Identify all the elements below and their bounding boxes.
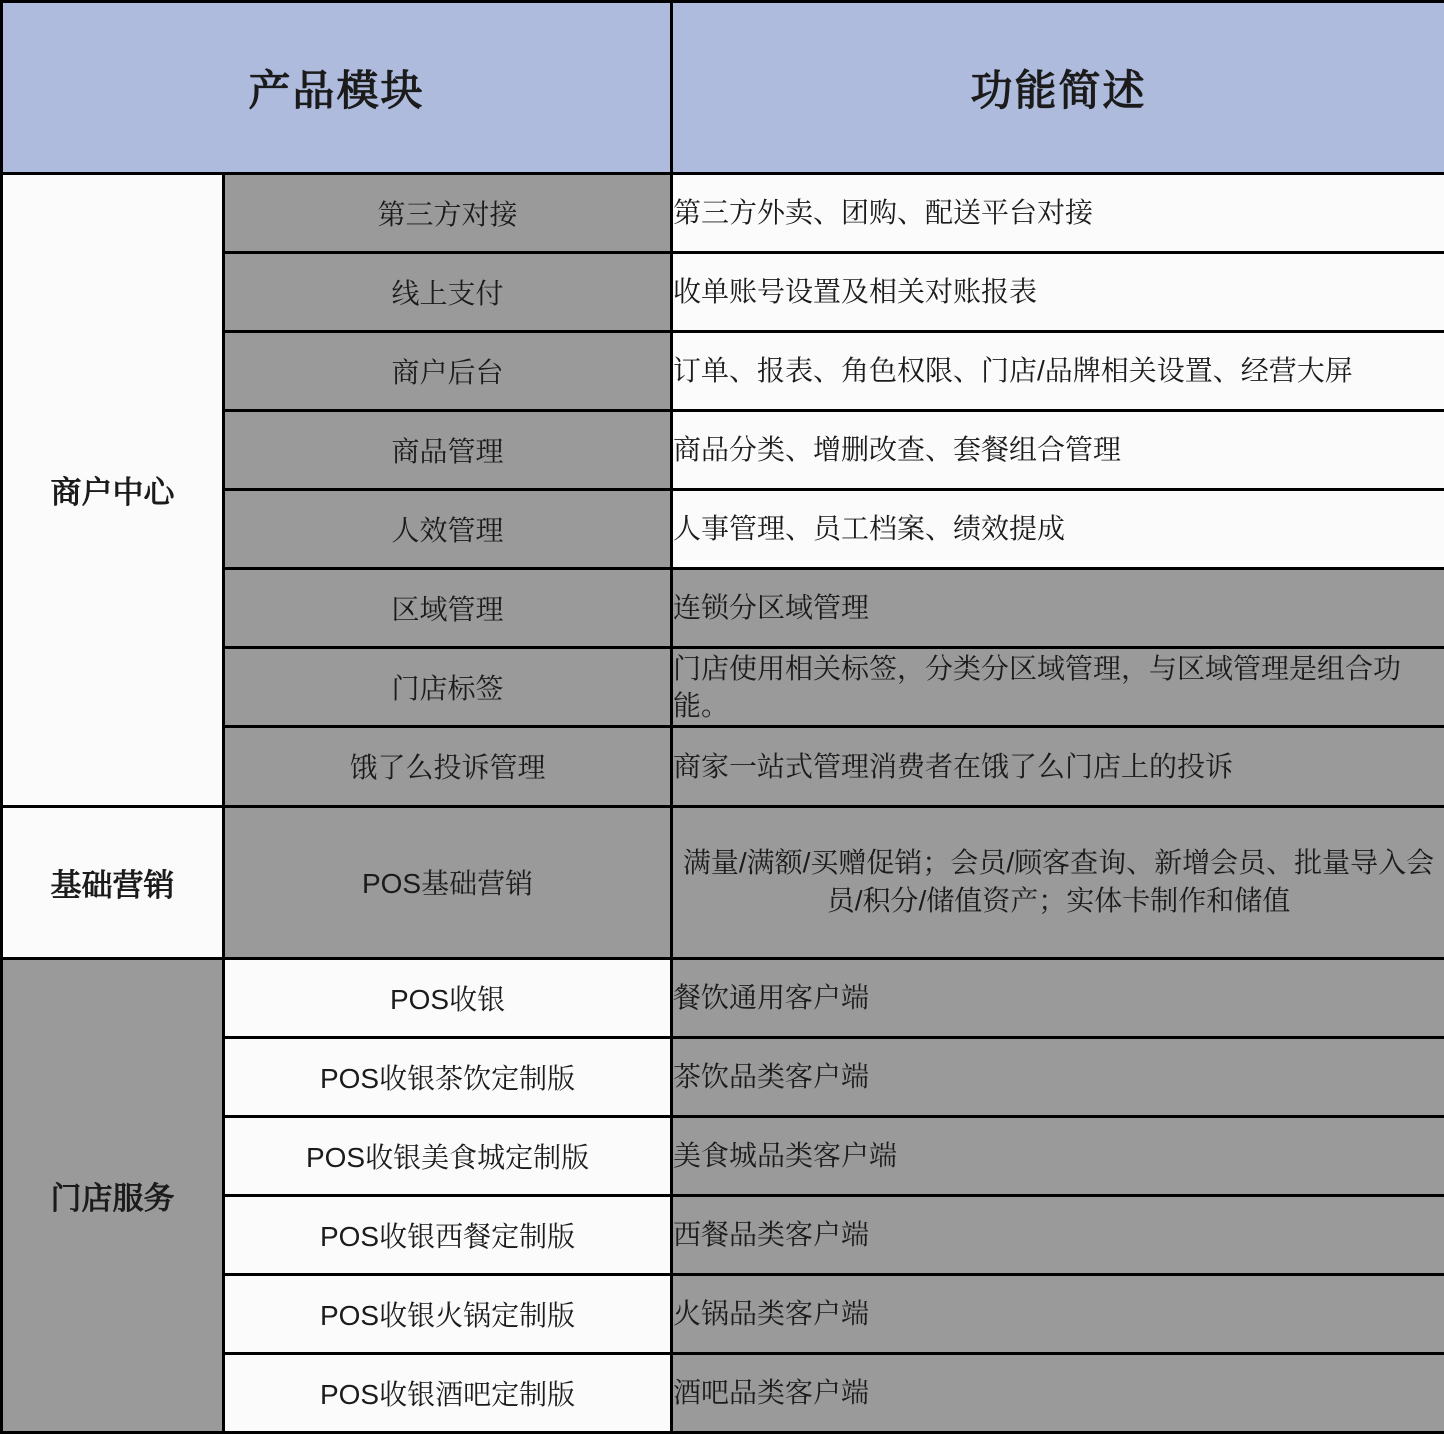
module-cell: POS收银西餐定制版 [224, 1195, 672, 1274]
module-cell: POS收银美食城定制版 [224, 1116, 672, 1195]
description-cell: 火锅品类客户端 [672, 1274, 1444, 1353]
description-cell: 连锁分区域管理 [672, 569, 1444, 648]
description-cell: 满量/满额/买赠促销；会员/顾客查询、新增会员、批量导入会员/积分/储值资产；实… [672, 806, 1444, 958]
module-cell: POS收银 [224, 958, 672, 1037]
module-cell: 饿了么投诉管理 [224, 727, 672, 806]
description-cell: 人事管理、员工档案、绩效提成 [672, 490, 1444, 569]
header-function-desc: 功能简述 [672, 2, 1444, 174]
description-cell: 订单、报表、角色权限、门店/品牌相关设置、经营大屏 [672, 332, 1444, 411]
module-cell: 第三方对接 [224, 174, 672, 253]
module-cell: POS基础营销 [224, 806, 672, 958]
description-cell: 第三方外卖、团购、配送平台对接 [672, 174, 1444, 253]
module-cell: 区域管理 [224, 569, 672, 648]
page: 产品模块 功能简述 商户中心 第三方对接 第三方外卖、团购、配送平台对接 线上支… [0, 0, 1444, 1434]
section-label-basic-marketing: 基础营销 [2, 806, 224, 958]
product-modules-table: 产品模块 功能简述 商户中心 第三方对接 第三方外卖、团购、配送平台对接 线上支… [0, 0, 1444, 1434]
header-product-module: 产品模块 [2, 2, 672, 174]
module-cell: POS收银火锅定制版 [224, 1274, 672, 1353]
module-cell: POS收银酒吧定制版 [224, 1353, 672, 1432]
module-cell: 门店标签 [224, 648, 672, 727]
description-cell: 门店使用相关标签，分类分区域管理，与区域管理是组合功能。 [672, 648, 1444, 727]
description-cell: 商家一站式管理消费者在饿了么门店上的投诉 [672, 727, 1444, 806]
module-cell: 商户后台 [224, 332, 672, 411]
description-cell: 茶饮品类客户端 [672, 1037, 1444, 1116]
description-cell: 收单账号设置及相关对账报表 [672, 253, 1444, 332]
description-cell: 西餐品类客户端 [672, 1195, 1444, 1274]
section-label-merchant-center: 商户中心 [2, 174, 224, 807]
module-cell: POS收银茶饮定制版 [224, 1037, 672, 1116]
section-label-store-service: 门店服务 [2, 958, 224, 1432]
description-cell: 商品分类、增删改查、套餐组合管理 [672, 411, 1444, 490]
table-row: 基础营销 POS基础营销 满量/满额/买赠促销；会员/顾客查询、新增会员、批量导… [2, 806, 1444, 958]
description-cell: 美食城品类客户端 [672, 1116, 1444, 1195]
table-row: 门店服务 POS收银 餐饮通用客户端 [2, 958, 1444, 1037]
header-row: 产品模块 功能简述 [2, 2, 1444, 174]
module-cell: 商品管理 [224, 411, 672, 490]
description-cell: 酒吧品类客户端 [672, 1353, 1444, 1432]
description-cell: 餐饮通用客户端 [672, 958, 1444, 1037]
module-cell: 人效管理 [224, 490, 672, 569]
table-row: 商户中心 第三方对接 第三方外卖、团购、配送平台对接 [2, 174, 1444, 253]
module-cell: 线上支付 [224, 253, 672, 332]
